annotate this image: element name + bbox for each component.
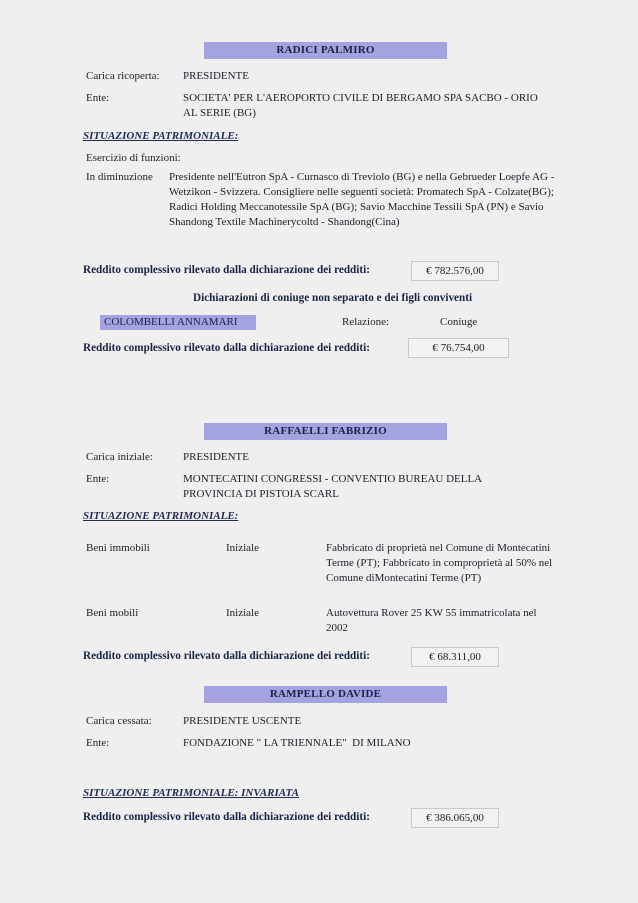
situazione-heading: SITUAZIONE PATRIMONIALE: INVARIATA — [83, 787, 299, 799]
reddito-amount: € 386.065,00 — [411, 808, 499, 828]
beni-descrizione: Autovettura Rover 25 KW 55 immatricolata… — [326, 606, 561, 636]
situazione-heading: SITUAZIONE PATRIMONIALE: — [83, 510, 238, 522]
beni-descrizione: Fabbricato di proprietà nel Comune di Mo… — [326, 541, 561, 586]
variazione-text: Presidente nell'Eutron SpA - Curnasco di… — [169, 170, 564, 230]
role-label: Carica ricoperta: — [86, 70, 160, 82]
beni-stato: Iniziale — [226, 542, 259, 554]
esercizio-label: Esercizio di funzioni: — [86, 152, 181, 164]
ente-label: Ente: — [86, 473, 109, 485]
role-value: PRESIDENTE — [183, 450, 249, 465]
role-value: PRESIDENTE USCENTE — [183, 714, 301, 729]
reddito-label: Reddito complessivo rilevato dalla dichi… — [83, 650, 370, 662]
beni-stato: Iniziale — [226, 607, 259, 619]
ente-value: SOCIETA' PER L'AEROPORTO CIVILE DI BERGA… — [183, 91, 543, 121]
variazione-label: In diminuzione — [86, 171, 153, 183]
beni-tipo: Beni immobili — [86, 542, 150, 554]
ente-value: FONDAZIONE " LA TRIENNALE" DI MILANO — [183, 736, 411, 751]
role-value: PRESIDENTE — [183, 69, 249, 84]
role-label: Carica iniziale: — [86, 451, 153, 463]
situazione-heading: SITUAZIONE PATRIMONIALE: — [83, 130, 238, 142]
coniuge-heading: Dichiarazioni di coniuge non separato e … — [193, 292, 472, 304]
reddito-label: Reddito complessivo rilevato dalla dichi… — [83, 264, 370, 276]
beni-tipo: Beni mobili — [86, 607, 138, 619]
coniuge-reddito-amount: € 76.754,00 — [408, 338, 509, 358]
ente-label: Ente: — [86, 92, 109, 104]
ente-label: Ente: — [86, 737, 109, 749]
person-name-header: RADICI PALMIRO — [204, 42, 447, 59]
person-name-header: RAFFAELLI FABRIZIO — [204, 423, 447, 440]
person-name-header: RAMPELLO DAVIDE — [204, 686, 447, 703]
ente-value: MONTECATINI CONGRESSI - CONVENTIO BUREAU… — [183, 472, 523, 502]
reddito-amount: € 782.576,00 — [411, 261, 499, 281]
role-label: Carica cessata: — [86, 715, 152, 727]
coniuge-name: COLOMBELLI ANNAMARI — [100, 315, 256, 330]
coniuge-reddito-label: Reddito complessivo rilevato dalla dichi… — [83, 342, 370, 354]
relazione-label: Relazione: — [342, 316, 389, 328]
relazione-value: Coniuge — [440, 316, 477, 328]
reddito-label: Reddito complessivo rilevato dalla dichi… — [83, 811, 370, 823]
reddito-amount: € 68.311,00 — [411, 647, 499, 667]
